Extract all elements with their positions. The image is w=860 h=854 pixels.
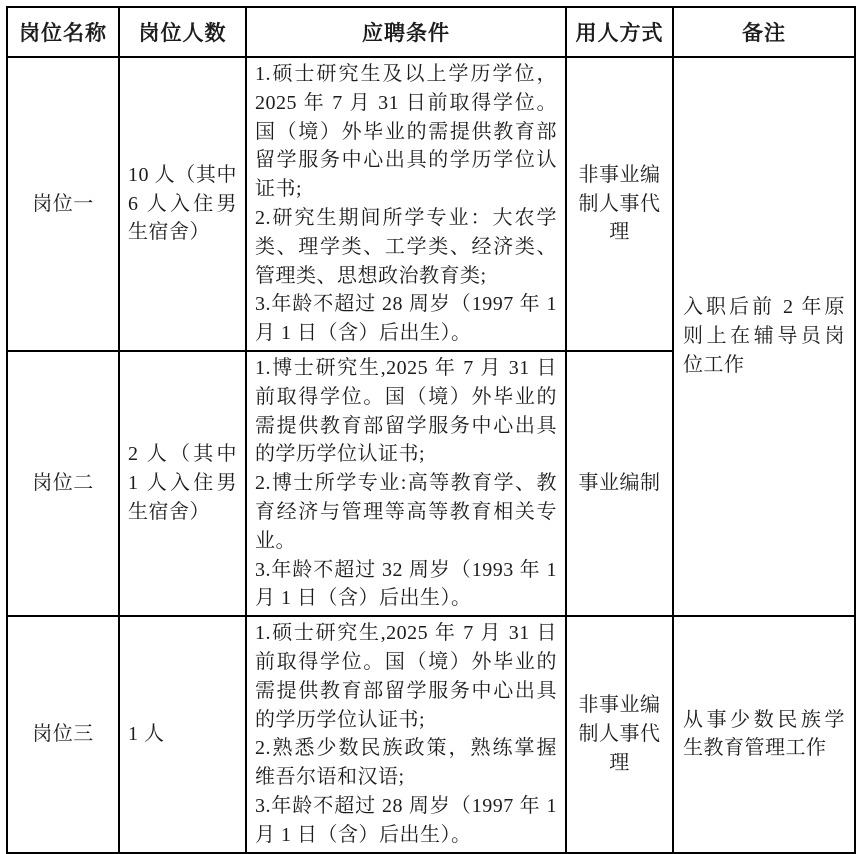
column-header-position-name: 岗位名称 (7, 7, 119, 57)
employment-type-cell: 非事业编制人事代理 (566, 616, 673, 852)
position-name-cell: 岗位二 (7, 351, 119, 616)
condition-item: 2.研究生期间所学专业：大农学类、理学类、工学类、经济类、管理类、思想政治教育类… (255, 204, 557, 290)
header-row: 岗位名称 岗位人数 应聘条件 用人方式 备注 (7, 7, 855, 57)
condition-item: 2.熟悉少数民族政策，熟练掌握维吾尔语和汉语; (255, 734, 557, 792)
table-row: 岗位三 1 人 1.硕士研究生,2025 年 7 月 31 日前取得学位。国（境… (7, 616, 855, 852)
position-name-cell: 岗位一 (7, 57, 119, 351)
headcount-cell: 2 人（其中 1 人入住男生宿舍） (119, 351, 246, 616)
condition-item: 3.年龄不超过 28 周岁（1997 年 1 月 1 日（含）后出生）。 (255, 290, 557, 348)
employment-type-cell: 非事业编制人事代理 (566, 57, 673, 351)
condition-item: 1.博士研究生,2025 年 7 月 31 日前取得学位。国（境）外毕业的需提供… (255, 354, 557, 469)
employment-type-cell: 事业编制 (566, 351, 673, 616)
position-name-cell: 岗位三 (7, 616, 119, 852)
table-row: 岗位一 10 人（其中 6 人入住男生宿舍） 1.硕士研究生及以上学历学位，20… (7, 57, 855, 351)
condition-item: 3.年龄不超过 28 周岁（1997 年 1 月 1 日（含）后出生）。 (255, 792, 557, 850)
column-header-employment-type: 用人方式 (566, 7, 673, 57)
condition-item: 2.博士所学专业:高等教育学、教育经济与管理等高等教育相关专业。 (255, 469, 557, 555)
condition-item: 1.硕士研究生,2025 年 7 月 31 日前取得学位。国（境）外毕业的需提供… (255, 619, 557, 734)
conditions-cell: 1.博士研究生,2025 年 7 月 31 日前取得学位。国（境）外毕业的需提供… (246, 351, 566, 616)
remark-cell: 从事少数民族学生教育管理工作 (673, 616, 855, 852)
recruitment-table: 岗位名称 岗位人数 应聘条件 用人方式 备注 岗位一 10 人（其中 6 人入住… (6, 6, 856, 854)
conditions-cell: 1.硕士研究生,2025 年 7 月 31 日前取得学位。国（境）外毕业的需提供… (246, 616, 566, 852)
condition-item: 3.年龄不超过 32 周岁（1993 年 1 月 1 日（含）后出生）。 (255, 556, 557, 614)
remark-cell-merged: 入职后前 2 年原则上在辅导员岗位工作 (673, 57, 855, 616)
headcount-cell: 10 人（其中 6 人入住男生宿舍） (119, 57, 246, 351)
conditions-cell: 1.硕士研究生及以上学历学位，2025 年 7 月 31 日前取得学位。国（境）… (246, 57, 566, 351)
headcount-cell: 1 人 (119, 616, 246, 852)
column-header-headcount: 岗位人数 (119, 7, 246, 57)
column-header-remarks: 备注 (673, 7, 855, 57)
column-header-conditions: 应聘条件 (246, 7, 566, 57)
condition-item: 1.硕士研究生及以上学历学位，2025 年 7 月 31 日前取得学位。国（境）… (255, 60, 557, 204)
